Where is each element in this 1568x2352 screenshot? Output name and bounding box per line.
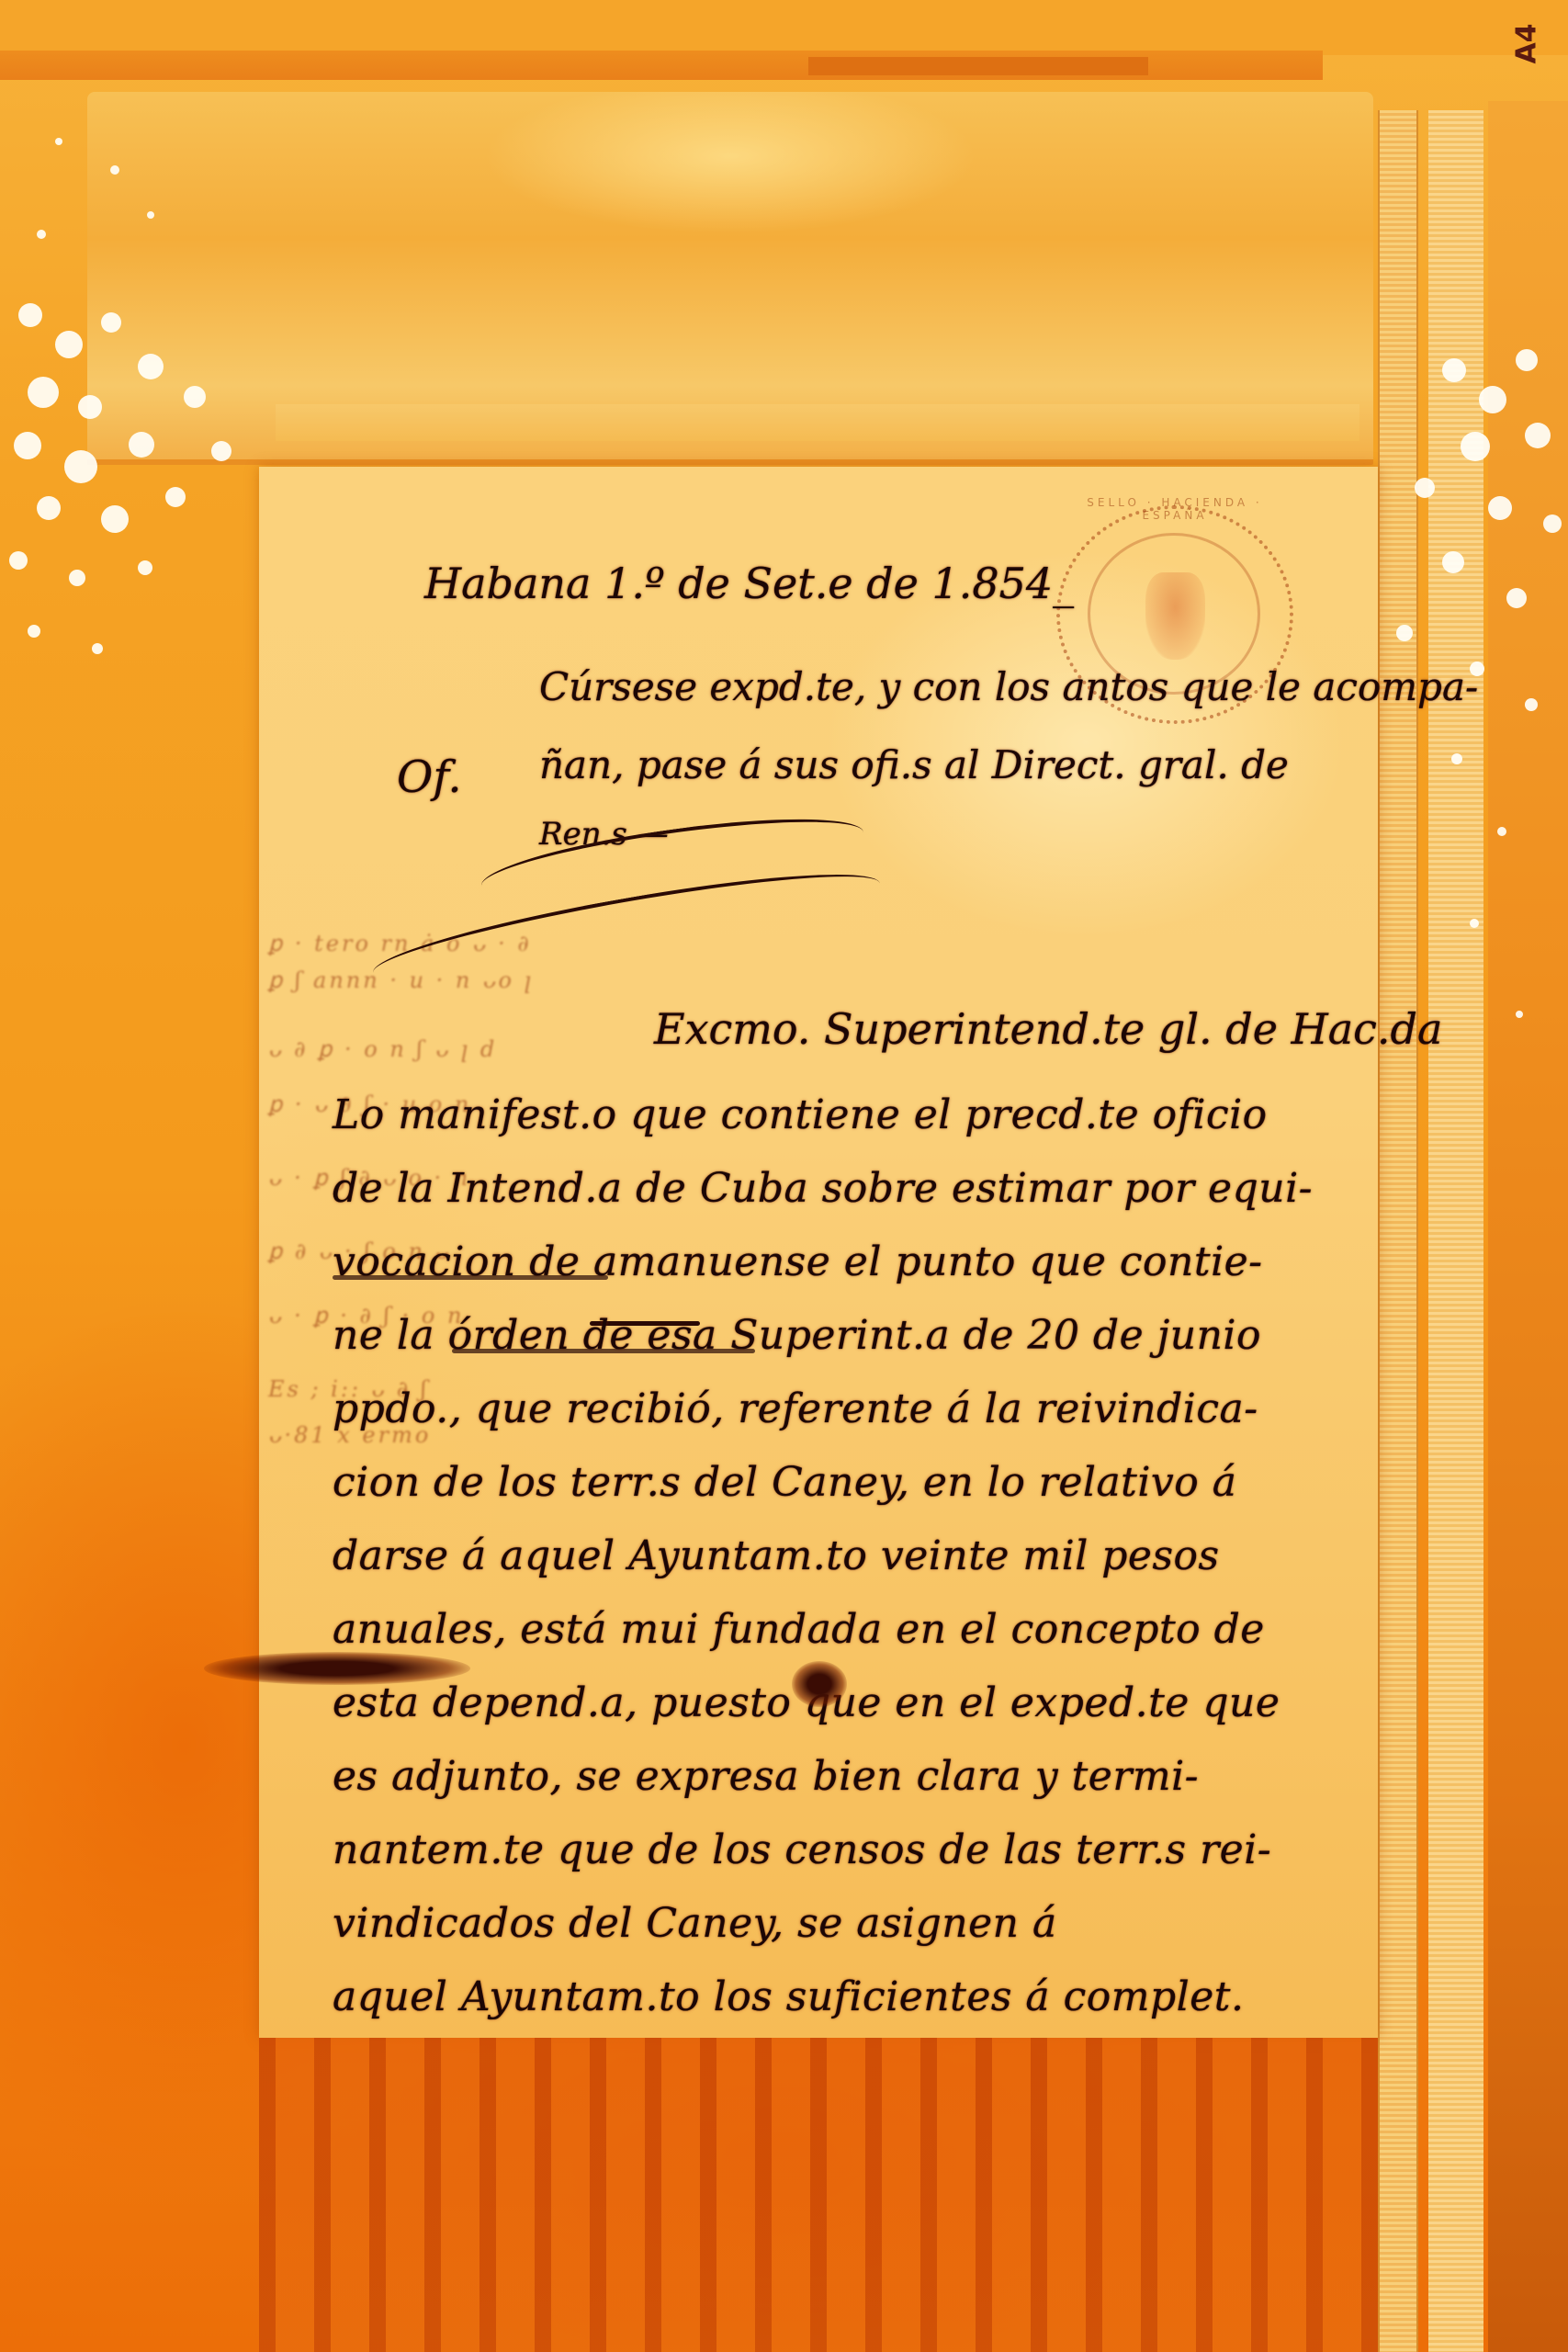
seal-legend: SELLO · HACIENDA · ESPAÑA xyxy=(1060,496,1290,522)
body-line: es adjunto, se expresa bien clara y term… xyxy=(333,1753,1199,1800)
salutation: Excmo. Superintend.te gl. de Hac.da xyxy=(654,1004,1442,1054)
ink-blot xyxy=(792,1661,847,1707)
lower-stained-sheet xyxy=(259,2038,1378,2352)
upper-sheet-edge xyxy=(276,404,1359,441)
margin-annotation: Of. xyxy=(397,752,462,803)
body-line: aquel Ayuntam.to los suficientes á compl… xyxy=(333,1973,1244,2020)
manuscript-letter: ꝑ · tero rn ȧ o ᴗ · ∂ ꝑ ʃ annn · u · n ᴗ… xyxy=(259,467,1378,2038)
body-line: nantem.te que de los censos de las terr.… xyxy=(333,1826,1271,1873)
coat-of-arms-icon xyxy=(1145,572,1205,660)
body-line: Lo manifest.o que contiene el precd.te o… xyxy=(333,1091,1268,1138)
body-line: anuales, está mui fundada en el concepto… xyxy=(333,1606,1265,1653)
body-line: de la Intend.a de Cuba sobre estimar por… xyxy=(333,1165,1313,1212)
body-line: ppdo., que recibió, referente á la reivi… xyxy=(333,1385,1258,1432)
ink-smear xyxy=(204,1652,470,1685)
top-tab-shadow xyxy=(808,57,1148,75)
body-line: darse á aquel Ayuntam.to veinte mil peso… xyxy=(333,1532,1220,1579)
sheet-number-label: A4 xyxy=(1511,23,1543,63)
decree-line: ñan, pase á sus ofi.s al Direct. gral. d… xyxy=(539,742,1289,787)
body-line: vindicados del Caney, se asignen á xyxy=(333,1900,1057,1947)
binding-gauze xyxy=(1378,110,1418,2352)
top-board xyxy=(0,0,1568,55)
strike-through-stroke xyxy=(333,1275,608,1280)
date-line: Habana 1.º de Set.e de 1.854_ xyxy=(424,559,1074,608)
strike-through-stroke xyxy=(452,1349,755,1353)
body-line: cion de los terr.s del Caney, en lo rela… xyxy=(333,1459,1237,1506)
decree-line: Cúrsese expd.te, y con los antos que le … xyxy=(539,664,1478,709)
